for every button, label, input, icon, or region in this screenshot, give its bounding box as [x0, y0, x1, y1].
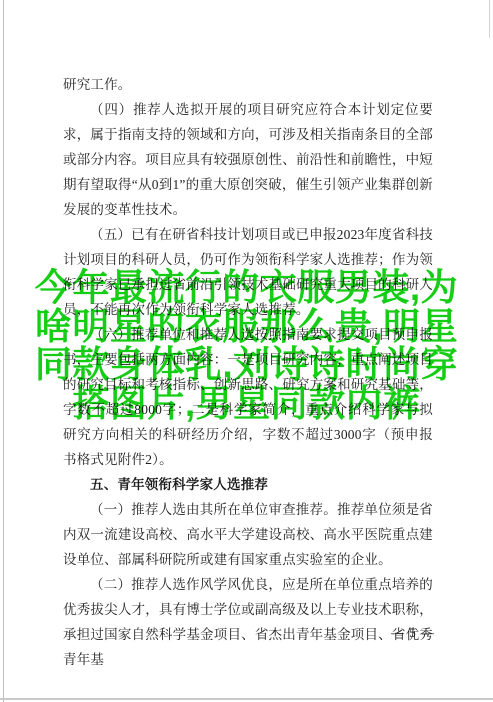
paragraph-item-6: （六）推荐单位和推荐人选按照指南要求提交项目预申报书，主要包括两方面内容：一是项… [63, 322, 433, 472]
scan-border-right-top [489, 0, 490, 38]
page-number: — 5 — [391, 620, 435, 645]
scan-border-bottom [0, 698, 493, 700]
paragraph-item-5: （五）已有在研省科技计划项目或已申报2023年度省科技计划项目的科研人员，仍可作… [63, 222, 433, 322]
paragraph-item-1: （一）推荐人选由其所在单位审查推荐。推荐单位须是省内双一流建设高校、高水平大学建… [63, 497, 433, 572]
section-heading: 五、青年领衔科学家人选推荐 [63, 472, 433, 497]
scanned-document-page: 研究工作。 （四）推荐人选拟开展的项目研究应符合本计划定位要求，属于指南支持的领… [0, 0, 493, 702]
scan-border-left [3, 0, 4, 702]
paragraph-item-2: （二）推荐人选作风学风优良，应是所在单位重点培养的优秀拔尖人才，具有博士学位或副… [63, 572, 433, 672]
paragraph-continuation: 研究工作。 [63, 72, 433, 97]
paragraph-item-4: （四）推荐人选拟开展的项目研究应符合本计划定位要求，属于指南支持的领域和方向，可… [63, 97, 433, 222]
document-body: 研究工作。 （四）推荐人选拟开展的项目研究应符合本计划定位要求，属于指南支持的领… [63, 72, 433, 672]
